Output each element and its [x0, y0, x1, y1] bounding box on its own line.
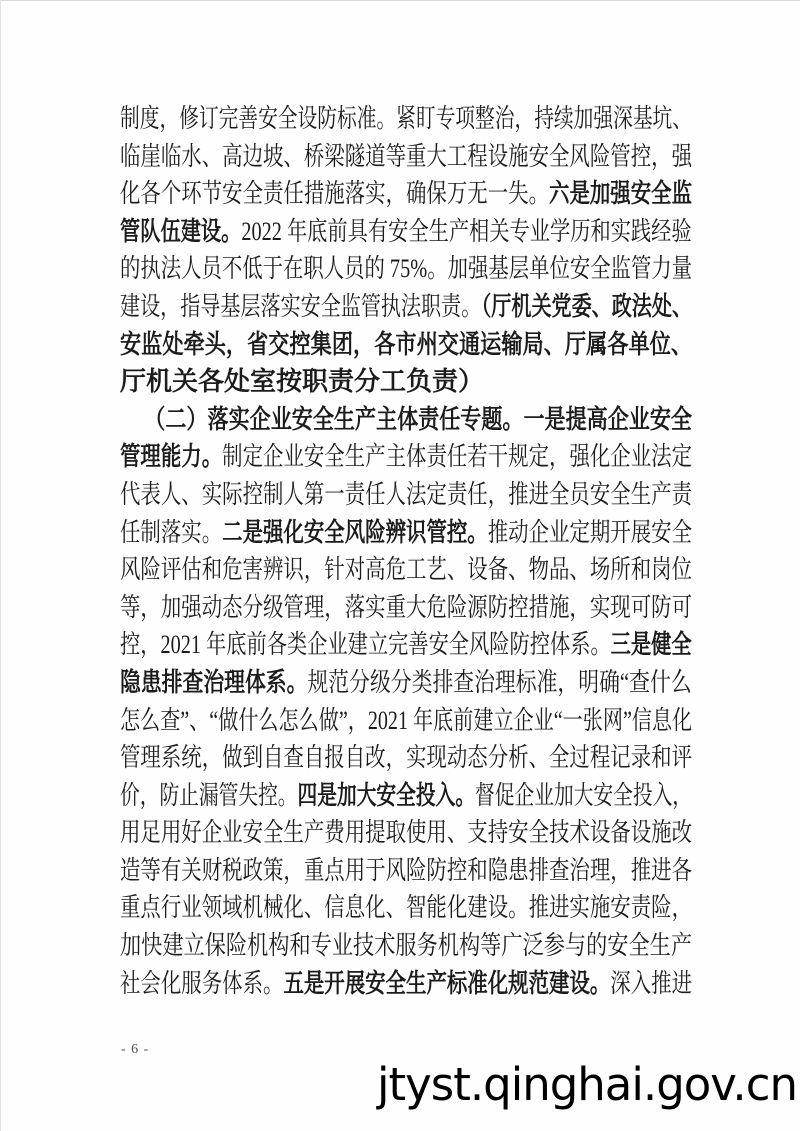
text-run: 控，2021 年底前各类企业建立完善安全风险防控体系。	[120, 630, 611, 659]
document-line-text: 厅机关各处室按职责分工负责）	[120, 363, 484, 401]
text-run: 建设，指导基层落实安全监管执法职责。	[120, 292, 481, 321]
text-run: 代表人、实际控制人第一责任人法定责任，推进全员安全生产责	[120, 480, 692, 509]
document-page: 制度，修订完善安全设防标准。紧盯专项整治，持续加强深基坑、临崖临水、高边坡、桥梁…	[0, 0, 800, 1131]
document-line-text: 建设，指导基层落实安全监管执法职责。（厅机关党委、政法处、	[120, 288, 692, 326]
document-line: 代表人、实际控制人第一责任人法定责任，推进全员安全生产责	[120, 476, 692, 514]
text-run: 怎么查”、“做什么怎么做”，2021 年底前建立企业“一张网”信息化	[120, 706, 692, 735]
document-line: 加快建立保险机构和专业技术服务机构等广泛参与的安全生产	[120, 927, 692, 965]
document-line-text: 代表人、实际控制人第一责任人法定责任，推进全员安全生产责	[120, 476, 692, 514]
document-line: 化各个环节安全责任措施落实，确保万无一失。六是加强安全监	[120, 175, 692, 213]
document-line-text: 社会化服务体系。五是开展安全生产标准化规范建设。深入推进	[120, 965, 692, 1003]
document-line: 风险评估和危害辨识，针对高危工艺、设备、物品、场所和岗位	[120, 551, 692, 589]
text-run: 任制落实。	[120, 518, 222, 547]
bold-text-run: （厅机关党委、政法处、	[481, 292, 692, 321]
document-line-text: 化各个环节安全责任措施落实，确保万无一失。六是加强安全监	[120, 175, 692, 213]
text-run: 风险评估和危害辨识，针对高危工艺、设备、物品、场所和岗位	[120, 555, 692, 584]
document-line-text: 用足用好企业安全生产费用提取使用、支持安全技术设备设施改	[120, 814, 692, 852]
text-run: 规范分级分类排查治理标准，明确“查什么	[307, 668, 691, 697]
watermark-url: jtyst.qinghai.gov.cn	[377, 1058, 797, 1111]
text-run: 用足用好企业安全生产费用提取使用、支持安全技术设备设施改	[120, 818, 692, 847]
document-line-text: 价，防止漏管失控。四是加大安全投入。督促企业加大安全投入，	[120, 777, 692, 815]
document-line-text: 安监处牵头，省交控集团，各市州交通运输局、厅属各单位、	[120, 326, 692, 364]
text-run: 化各个环节安全责任措施落实，确保万无一失。	[120, 179, 549, 208]
document-line: 控，2021 年底前各类企业建立完善安全风险防控体系。三是健全	[120, 626, 692, 664]
document-line-text: 等，加强动态分级管理，落实重大危险源防控措施，实现可防可	[120, 589, 692, 627]
bold-text-run: （二）落实企业安全生产主体责任专题。一是提高企业安全	[144, 405, 692, 434]
text-run: 重点行业领域机械化、信息化、智能化建设。推进实施安责险，	[120, 893, 692, 922]
scan-edge-left	[0, 0, 1, 1131]
document-line: （二）落实企业安全生产主体责任专题。一是提高企业安全	[120, 401, 692, 439]
document-line: 的执法人员不低于在职人员的 75%。加强基层单位安全监管力量	[120, 250, 692, 288]
document-line: 建设，指导基层落实安全监管执法职责。（厅机关党委、政法处、	[120, 288, 692, 326]
document-line: 重点行业领域机械化、信息化、智能化建设。推进实施安责险，	[120, 889, 692, 927]
bold-text-run: 管队伍建设。	[120, 217, 241, 246]
document-line: 造等有关财税政策，重点用于风险防控和隐患排查治理，推进各	[120, 852, 692, 890]
text-run: 等，加强动态分级管理，落实重大危险源防控措施，实现可防可	[120, 593, 692, 622]
text-run: 管理系统，做到自查自报自改，实现动态分析、全过程记录和评	[120, 743, 692, 772]
document-line: 制度，修订完善安全设防标准。紧盯专项整治，持续加强深基坑、	[120, 100, 692, 138]
scan-edge-top	[0, 0, 800, 1]
document-line: 等，加强动态分级管理，落实重大危险源防控措施，实现可防可	[120, 589, 692, 627]
document-line: 隐患排查治理体系。规范分级分类排查治理标准，明确“查什么	[120, 664, 692, 702]
document-line-text: 造等有关财税政策，重点用于风险防控和隐患排查治理，推进各	[120, 852, 692, 890]
document-line: 任制落实。二是强化安全风险辨识管控。推动企业定期开展安全	[120, 514, 692, 552]
text-run: 2022 年底前具有安全生产相关专业学历和实践经验	[241, 217, 691, 246]
document-line-text: 临崖临水、高边坡、桥梁隧道等重大工程设施安全风险管控，强	[120, 138, 692, 176]
document-line-text: 管理能力。制定企业安全生产主体责任若干规定，强化企业法定	[120, 438, 692, 476]
document-line-text: 重点行业领域机械化、信息化、智能化建设。推进实施安责险，	[120, 889, 692, 927]
bold-text-run: 五是开展安全生产标准化规范建设。	[283, 969, 610, 998]
document-line: 用足用好企业安全生产费用提取使用、支持安全技术设备设施改	[120, 814, 692, 852]
document-line-text: 任制落实。二是强化安全风险辨识管控。推动企业定期开展安全	[120, 514, 692, 552]
bold-text-run: 安监处牵头，省交控集团，各市州交通运输局、厅属各单位、	[120, 330, 692, 359]
document-line-text: 风险评估和危害辨识，针对高危工艺、设备、物品、场所和岗位	[120, 551, 692, 589]
document-line-text: 的执法人员不低于在职人员的 75%。加强基层单位安全监管力量	[120, 250, 692, 288]
document-line: 临崖临水、高边坡、桥梁隧道等重大工程设施安全风险管控，强	[120, 138, 692, 176]
document-body: 制度，修订完善安全设防标准。紧盯专项整治，持续加强深基坑、临崖临水、高边坡、桥梁…	[120, 100, 692, 1002]
document-line: 社会化服务体系。五是开展安全生产标准化规范建设。深入推进	[120, 965, 692, 1003]
document-line-text: 制度，修订完善安全设防标准。紧盯专项整治，持续加强深基坑、	[120, 100, 692, 138]
text-run: 制定企业安全生产主体责任若干规定，强化企业法定	[222, 442, 692, 471]
text-run: 价，防止漏管失控。	[120, 781, 298, 810]
document-line-text: 管队伍建设。2022 年底前具有安全生产相关专业学历和实践经验	[120, 213, 692, 251]
bold-text-run: 厅机关各处室按职责分工负责）	[120, 367, 484, 396]
text-run: 加快建立保险机构和专业技术服务机构等广泛参与的安全生产	[120, 931, 692, 960]
document-line: 厅机关各处室按职责分工负责）	[120, 363, 692, 401]
document-line: 安监处牵头，省交控集团，各市州交通运输局、厅属各单位、	[120, 326, 692, 364]
bold-text-run: 三是健全	[611, 630, 692, 659]
text-run: 临崖临水、高边坡、桥梁隧道等重大工程设施安全风险管控，强	[120, 142, 692, 171]
text-run: 的执法人员不低于在职人员的 75%。加强基层单位安全监管力量	[120, 254, 692, 283]
bold-text-run: 四是加大安全投入。	[298, 781, 476, 810]
bold-text-run: 六是加强安全监	[549, 179, 692, 208]
document-line: 管队伍建设。2022 年底前具有安全生产相关专业学历和实践经验	[120, 213, 692, 251]
text-run: 制度，修订完善安全设防标准。紧盯专项整治，持续加强深基坑、	[120, 104, 692, 133]
document-line-text: （二）落实企业安全生产主体责任专题。一是提高企业安全	[120, 401, 692, 439]
text-run: 深入推进	[610, 969, 692, 998]
document-line: 管理能力。制定企业安全生产主体责任若干规定，强化企业法定	[120, 438, 692, 476]
document-line: 管理系统，做到自查自报自改，实现动态分析、全过程记录和评	[120, 739, 692, 777]
document-line-text: 隐患排查治理体系。规范分级分类排查治理标准，明确“查什么	[120, 664, 692, 702]
document-line: 怎么查”、“做什么怎么做”，2021 年底前建立企业“一张网”信息化	[120, 702, 692, 740]
document-line-text: 管理系统，做到自查自报自改，实现动态分析、全过程记录和评	[120, 739, 692, 777]
text-run: 督促企业加大安全投入，	[475, 781, 692, 810]
document-line: 价，防止漏管失控。四是加大安全投入。督促企业加大安全投入，	[120, 777, 692, 815]
text-run: 社会化服务体系。	[120, 969, 283, 998]
text-run: 造等有关财税政策，重点用于风险防控和隐患排查治理，推进各	[120, 856, 692, 885]
text-run: 推动企业定期开展安全	[488, 518, 692, 547]
bold-text-run: 隐患排查治理体系。	[120, 668, 307, 697]
bold-text-run: 管理能力。	[120, 442, 222, 471]
document-line-text: 怎么查”、“做什么怎么做”，2021 年底前建立企业“一张网”信息化	[120, 702, 692, 740]
document-line-text: 控，2021 年底前各类企业建立完善安全风险防控体系。三是健全	[120, 626, 692, 664]
document-line-text: 加快建立保险机构和专业技术服务机构等广泛参与的安全生产	[120, 927, 692, 965]
page-number: - 6 -	[121, 1042, 149, 1058]
bold-text-run: 二是强化安全风险辨识管控。	[222, 518, 488, 547]
